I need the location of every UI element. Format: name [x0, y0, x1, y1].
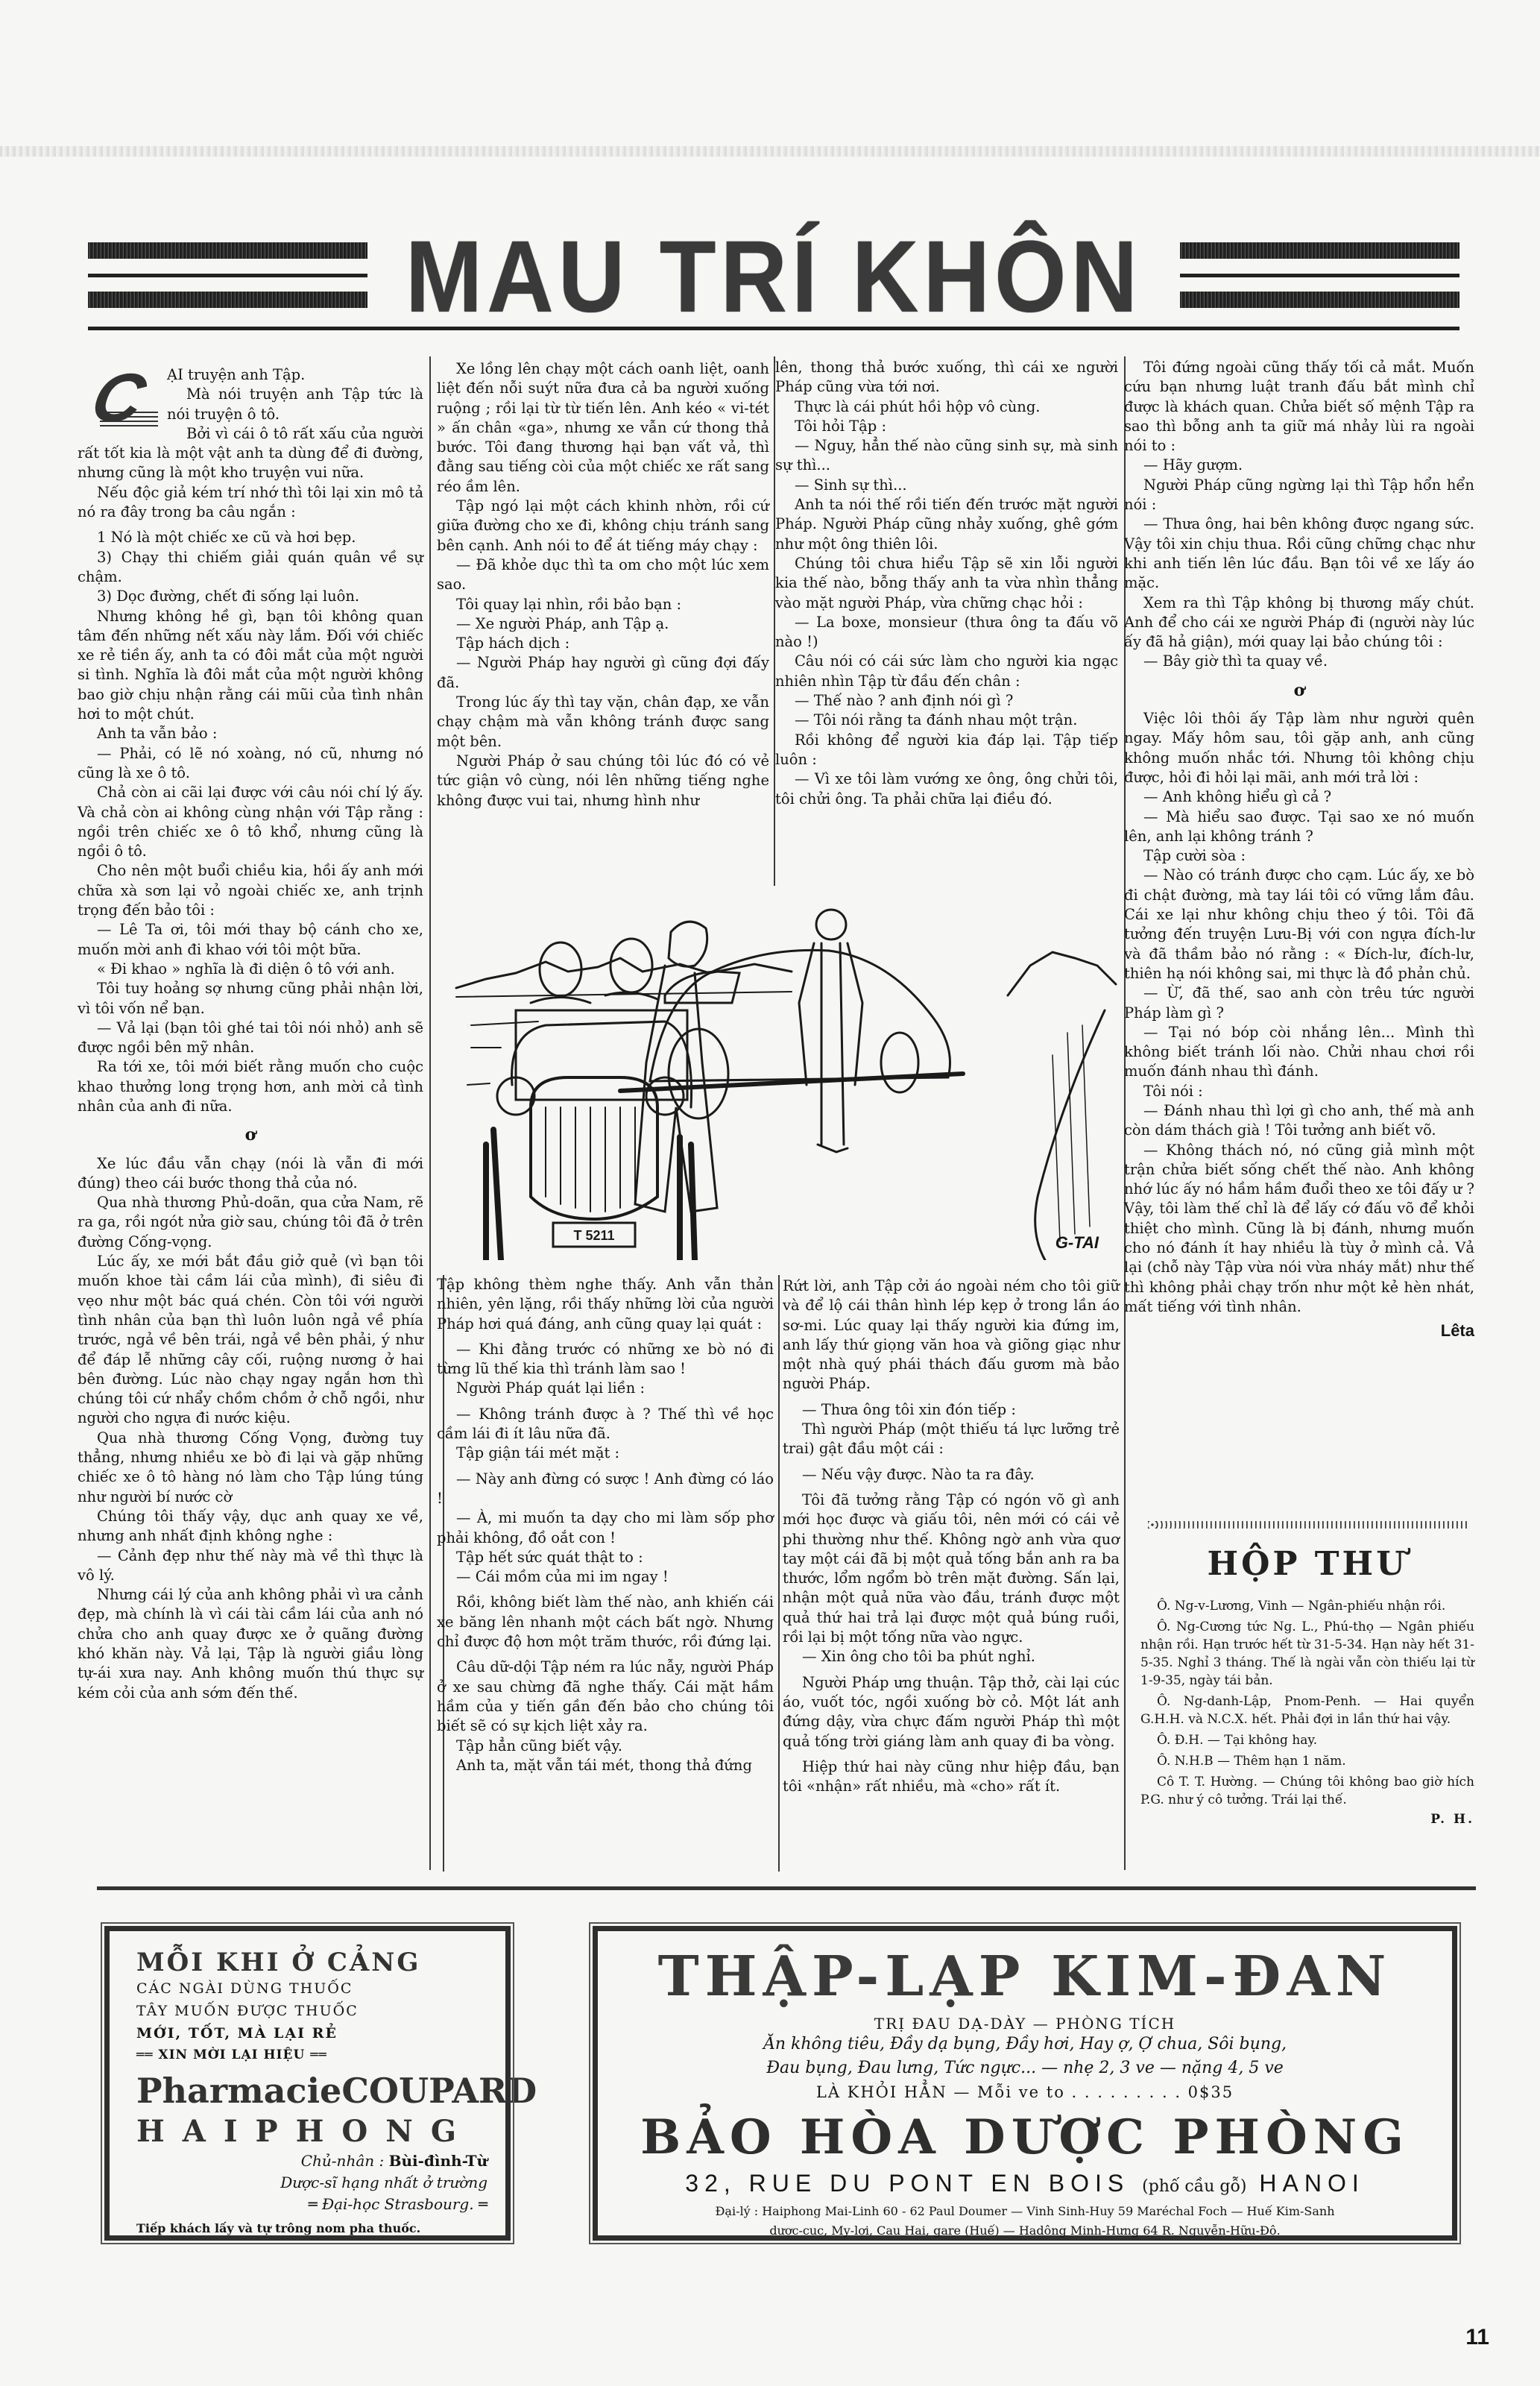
paragraph: Tập hách dịch : [437, 634, 769, 653]
paragraph: Anh ta vẫn bảo : [78, 724, 423, 743]
paragraph: Anh ta, mặt vẫn tái mét, thong thả đứng [437, 1756, 774, 1775]
illustrator-signature: G-TAI [1055, 1233, 1099, 1253]
ad-product-title: THẬP-LẠP KIM-ĐAN [616, 1943, 1434, 2010]
mailbox-entry: Ô. Đ.H. — Tại không hay. [1140, 1731, 1474, 1749]
dialogue-line: — Người Pháp hay người gì cũng đợi đấy đ… [437, 653, 769, 693]
paragraph: Chúng tôi chưa hiểu Tập sẽ xin lỗi người… [775, 554, 1118, 613]
mailbox-section: HỘP THƯ Ô. Ng-v-Lương, Vinh — Ngân-phiếu… [1140, 1542, 1474, 1828]
dialogue-line: — Thưa ông tôi xin đón tiếp : [783, 1400, 1120, 1420]
car-scene-drawing: T 5211 [441, 884, 1127, 1260]
page-title: MAU TRÍ KHÔN [386, 224, 1161, 330]
masthead-bars-right [1180, 242, 1459, 313]
paragraph: Tập không thèm nghe thấy. Anh vẫn thản n… [437, 1275, 774, 1334]
paragraph: Việc lôi thôi ấy Tập làm như người quên … [1124, 709, 1474, 787]
paragraph: Trong lúc ấy thì tay vặn, chân đạp, xe v… [437, 693, 769, 752]
dialogue-line: — Ừ, đã thế, sao anh còn trêu tức người … [1124, 983, 1474, 1023]
dialogue-line: — La boxe, monsieur (thưa ông ta đấu võ … [775, 613, 1118, 652]
mailbox-title: HỘP THƯ [1140, 1542, 1474, 1587]
paragraph: Xe lồng lên chạy một cách oanh liệt, oan… [437, 359, 769, 497]
paragraph: Người Pháp quát lại liền : [437, 1379, 774, 1398]
dialogue-line: — Đánh nhau thì lợi gì cho anh, thế mà a… [1124, 1101, 1474, 1141]
ad-line: TÂY MUỐN ĐƯỢC THUỐC [136, 2000, 487, 2022]
dialogue-line: — Cái mồm của mi im ngay ! [437, 1567, 774, 1587]
ad-name-right: COUPARD [341, 2068, 537, 2113]
ad-invitation: ══ XIN MỜI LẠI HIỆU ══ [136, 2047, 487, 2062]
mailbox-entry: Ô. Ng-Cương tức Ng. L., Phú-thọ — Ngân p… [1140, 1618, 1474, 1690]
paragraph: Xem ra thì Tập không bị thương mấy chút.… [1124, 594, 1474, 652]
dialogue-line: — Không thách nó, nó cũng giả mình một t… [1124, 1141, 1474, 1318]
dialogue-line: — Cảnh đẹp như thế này mà về thì thực là… [78, 1546, 423, 1586]
dialogue-line: — Xin ông cho tôi ba phút nghỉ. [783, 1647, 1120, 1666]
dialogue-line: — Nào có tránh được cho cạm. Lúc ấy, xe … [1124, 866, 1474, 983]
dialogue-line: — Hãy gượm. [1124, 456, 1474, 475]
paragraph: Tôi nói : [1124, 1082, 1474, 1101]
paragraph: Tôi quay lại nhìn, rồi bảo bạn : [437, 595, 769, 614]
article-column-3: lên, thong thả bước xuống, thì cái xe ng… [775, 358, 1118, 809]
article-column-2: Xe lồng lên chạy một cách oanh liệt, oan… [437, 359, 769, 810]
dialogue-line: — Anh không hiểu gì cả ? [1124, 787, 1474, 807]
mailbox-entry: Ô. Ng-danh-Lập, Pnom-Penh. — Hai quyển G… [1140, 1693, 1474, 1728]
ad-subtitle: TRỊ ĐAU DẠ-DÀY — PHÒNG TÍCH [616, 2015, 1434, 2033]
paragraph: Tập ngó lại một cách khinh nhờn, rồi cứ … [437, 497, 769, 555]
article-column-2-continued: Tập không thèm nghe thấy. Anh vẫn thản n… [437, 1275, 774, 1775]
paragraph: Ra tới xe, tôi mới biết rằng muốn cho cu… [78, 1057, 423, 1116]
dialogue-line: — À, mi muốn ta dạy cho mi làm sốp phơ p… [437, 1508, 774, 1548]
dialogue-line: — Tại nó bóp còi nhắng lên... Mình thì k… [1124, 1023, 1474, 1082]
ad-agents: Đại-lý : Haiphong Mai-Linh 60 - 62 Paul … [616, 2202, 1434, 2221]
paragraph: Tập cười sòa : [1124, 846, 1474, 866]
paragraph: Rồi, không biết làm thế nào, anh khiến c… [437, 1593, 774, 1652]
paragraph: Hiệp thứ hai này cũng như hiệp đầu, bạn … [783, 1757, 1120, 1797]
section-ornament: ơ [78, 1125, 423, 1145]
paragraph: Rồi không để người kia đáp lại. Tập tiếp… [775, 731, 1118, 770]
paragraph: Qua nhà thương Cống Vọng, đường tuy thẳn… [78, 1429, 423, 1507]
column-divider [778, 1275, 780, 1872]
story-illustration: T 5211 G-TAI [441, 884, 1127, 1260]
dialogue-line: — Bây giờ thì ta quay về. [1124, 652, 1474, 671]
ad-symptoms: Đau bụng, Đau lưng, Tức ngực... — nhẹ 2,… [616, 2056, 1434, 2080]
list-item: 3) Dọc đường, chết đi sống lại luôn. [78, 587, 423, 606]
paragraph: Tôi tuy hoảng sợ nhưng cũng phải nhận lờ… [78, 979, 423, 1019]
drop-cap: C [78, 368, 160, 428]
paragraph: lên, thong thả bước xuống, thì cái xe ng… [775, 358, 1118, 397]
paragraph: Chúng tôi thấy vậy, dục anh quay xe về, … [78, 1507, 423, 1546]
paragraph: Nhưng không hề gì, bạn tôi không quan tâ… [78, 607, 423, 725]
dialogue-line: — Lê Ta ơi, tôi mới thay bộ cánh cho xe,… [78, 920, 423, 960]
column-divider [429, 796, 431, 1870]
ad-footer: Tiếp khách lấy và tự trông nom pha thuốc… [136, 2221, 487, 2235]
advertisement-pharmacie-coupard: MỖI KHI Ở CẢNG CÁC NGÀI DÙNG THUỐC TÂY M… [104, 1926, 511, 2241]
ad-brand: BẢO HÒA DƯỢC PHÒNG [616, 2107, 1434, 2168]
dialogue-line: — Mà hiểu sao được. Tại sao xe nó muốn l… [1124, 808, 1474, 847]
advertisement-thap-lap-kim-dan: THẬP-LẠP KIM-ĐAN TRỊ ĐAU DẠ-DÀY — PHÒNG … [593, 1926, 1457, 2241]
section-rule [97, 1886, 1476, 1890]
paragraph: Tôi đứng ngoài cũng thấy tối cả mắt. Muố… [1124, 358, 1474, 456]
list-item: 3) Chạy thi chiếm giải quán quân về sự c… [78, 548, 423, 588]
masthead-bars-left [88, 242, 367, 313]
column-divider [429, 356, 431, 796]
mailbox-entry: Ô. Ng-v-Lương, Vinh — Ngân-phiếu nhận rồ… [1140, 1597, 1474, 1615]
ornamental-border [1148, 1521, 1468, 1529]
paragraph: Nếu độc giả kém trí nhớ thì tôi lại xin … [78, 483, 423, 523]
article-column-4: Tôi đứng ngoài cũng thấy tối cả mắt. Muố… [1124, 358, 1474, 1341]
paragraph: Người Pháp ở sau chúng tôi lúc đó có vẻ … [437, 752, 769, 810]
dialogue-line: — Thế nào ? anh định nói gì ? [775, 691, 1118, 711]
paragraph: Tôi hỏi Tập : [775, 417, 1118, 436]
section-ornament: ơ [1124, 681, 1474, 700]
ad-headline: MỖI KHI Ở CẢNG [136, 1948, 487, 1977]
dialogue-line: — Nguy, hẳn thế nào cũng sinh sự, mà sin… [775, 436, 1118, 476]
ad-agents: dược-cục, My-lợi, Cau Hai, gare (Huế) — … [616, 2221, 1434, 2241]
ad-credential: Dược-sĩ hạng nhất ở trường [136, 2172, 487, 2194]
ad-price: LÀ KHỎI HẲN — Mỗi ve to . . . . . . . . … [616, 2080, 1434, 2104]
dialogue-line: — Vả lại (bạn tôi ghé tai tôi nói nhỏ) a… [78, 1019, 423, 1058]
author-signature: Lêta [1124, 1321, 1474, 1341]
mailbox-entry: Cô T. T. Hường. — Chúng tôi không bao gi… [1140, 1773, 1474, 1809]
paragraph: Xe lúc đầu vẫn chạy (nói là vẫn đi mới đ… [78, 1154, 423, 1194]
dialogue-line: — Khi đằng trước có những xe bò nó đi từ… [437, 1340, 774, 1379]
paragraph: Thì người Pháp (một thiếu tá lực lưỡng t… [783, 1420, 1120, 1459]
dialogue-line: — Xe người Pháp, anh Tập ạ. [437, 614, 769, 634]
ad-line: MỚI, TỐT, MÀ LẠI RẺ [136, 2022, 487, 2045]
paragraph: Tập hết sức quát thật to : [437, 1548, 774, 1567]
paragraph: Tập giận tái mét mặt : [437, 1444, 774, 1463]
paragraph: Qua nhà thương Phủ-doãn, qua cửa Nam, rẽ… [78, 1193, 423, 1252]
scan-artifact-strip [0, 146, 1540, 157]
dialogue-line: — Đã khỏe dục thì ta om cho một lúc xem … [437, 555, 769, 595]
ad-credential: ═ Đại-học Strasbourg. ═ [136, 2194, 487, 2215]
ad-owner: Chủ-nhân : Bùi-đình-Từ [136, 2150, 487, 2172]
ad-address: 32, RUE DU PONT EN BOIS (phố cầu gỗ) HAN… [616, 2168, 1434, 2202]
paragraph: Anh ta nói thế rồi tiến đến trước mặt ng… [775, 495, 1118, 554]
ad-name-left: Pharmacie [136, 2068, 341, 2113]
ad-symptoms: Ăn không tiêu, Đầy dạ bụng, Đầy hơi, Hay… [616, 2033, 1434, 2056]
paragraph: Câu nói có cái sức làm cho người kia ngạ… [775, 652, 1118, 691]
paragraph: Rứt lời, anh Tập cởi áo ngoài ném cho tô… [783, 1277, 1120, 1394]
dialogue-line: — Nếu vậy được. Nào ta ra đây. [783, 1465, 1120, 1485]
license-plate: T 5211 [573, 1228, 614, 1243]
page-number: 11 [1465, 2325, 1489, 2350]
article-column-1: C ẠI truyện anh Tập. Mà nói truyện anh T… [78, 365, 423, 1703]
paragraph: Người Pháp ưng thuận. Tập thở, cài lại c… [783, 1673, 1120, 1751]
dialogue-line: — Vì xe tôi làm vướng xe ông, ông chửi t… [775, 769, 1118, 809]
article-column-3-continued: Rứt lời, anh Tập cởi áo ngoài ném cho tô… [783, 1277, 1120, 1796]
paragraph: Nhưng cái lý của anh không phải vì ưa cả… [78, 1585, 423, 1703]
paragraph: Câu dữ-dội Tập ném ra lúc nẫy, người Phá… [437, 1658, 774, 1736]
dialogue-line: — Thưa ông, hai bên không được ngang sức… [1124, 514, 1474, 593]
paragraph: Lúc ấy, xe mới bắt đầu giở quẻ (vì bạn t… [78, 1252, 423, 1429]
masthead-rule [88, 327, 1459, 330]
mailbox-signature: P. H. [1140, 1810, 1474, 1828]
ad-line: CÁC NGÀI DÙNG THUỐC [136, 1977, 487, 2000]
mailbox-entry: Ô. N.H.B — Thêm hạn 1 năm. [1140, 1752, 1474, 1770]
dialogue-line: — Sinh sự thì... [775, 476, 1118, 495]
list-item: 1 Nó là một chiếc xe cũ và hơi bẹp. [78, 528, 423, 547]
ad-city: HAIPHONG [136, 2113, 487, 2150]
paragraph: Chả còn ai cãi lại được với câu nói chí … [78, 783, 423, 861]
masthead: MAU TRÍ KHÔN [88, 224, 1459, 328]
dialogue-line: — Phải, có lẽ nó xoàng, nó cũ, nhưng nó … [78, 744, 423, 784]
paragraph: Thực là cái phút hồi hộp vô cùng. [775, 397, 1118, 417]
paragraph: Tập hẳn cũng biết vậy. [437, 1737, 774, 1756]
dialogue-line: — Không tránh được à ? Thế thì về học cầ… [437, 1405, 774, 1444]
ad-business-name: Pharmacie COUPARD [136, 2068, 487, 2113]
paragraph: Cho nên một buổi chiều kia, hồi ấy anh m… [78, 861, 423, 920]
paragraph: Tôi đã tưởng rằng Tập có ngón võ gì anh … [783, 1491, 1120, 1647]
dialogue-line: — Này anh đừng có sược ! Anh đừng có láo… [437, 1470, 774, 1509]
paragraph: « Đi khao » nghĩa là đi diện ô tô với an… [78, 960, 423, 979]
dialogue-line: — Tôi nói rằng ta đánh nhau một trận. [775, 711, 1118, 730]
paragraph: Người Pháp cũng ngừng lại thì Tập hổn hể… [1124, 476, 1474, 515]
